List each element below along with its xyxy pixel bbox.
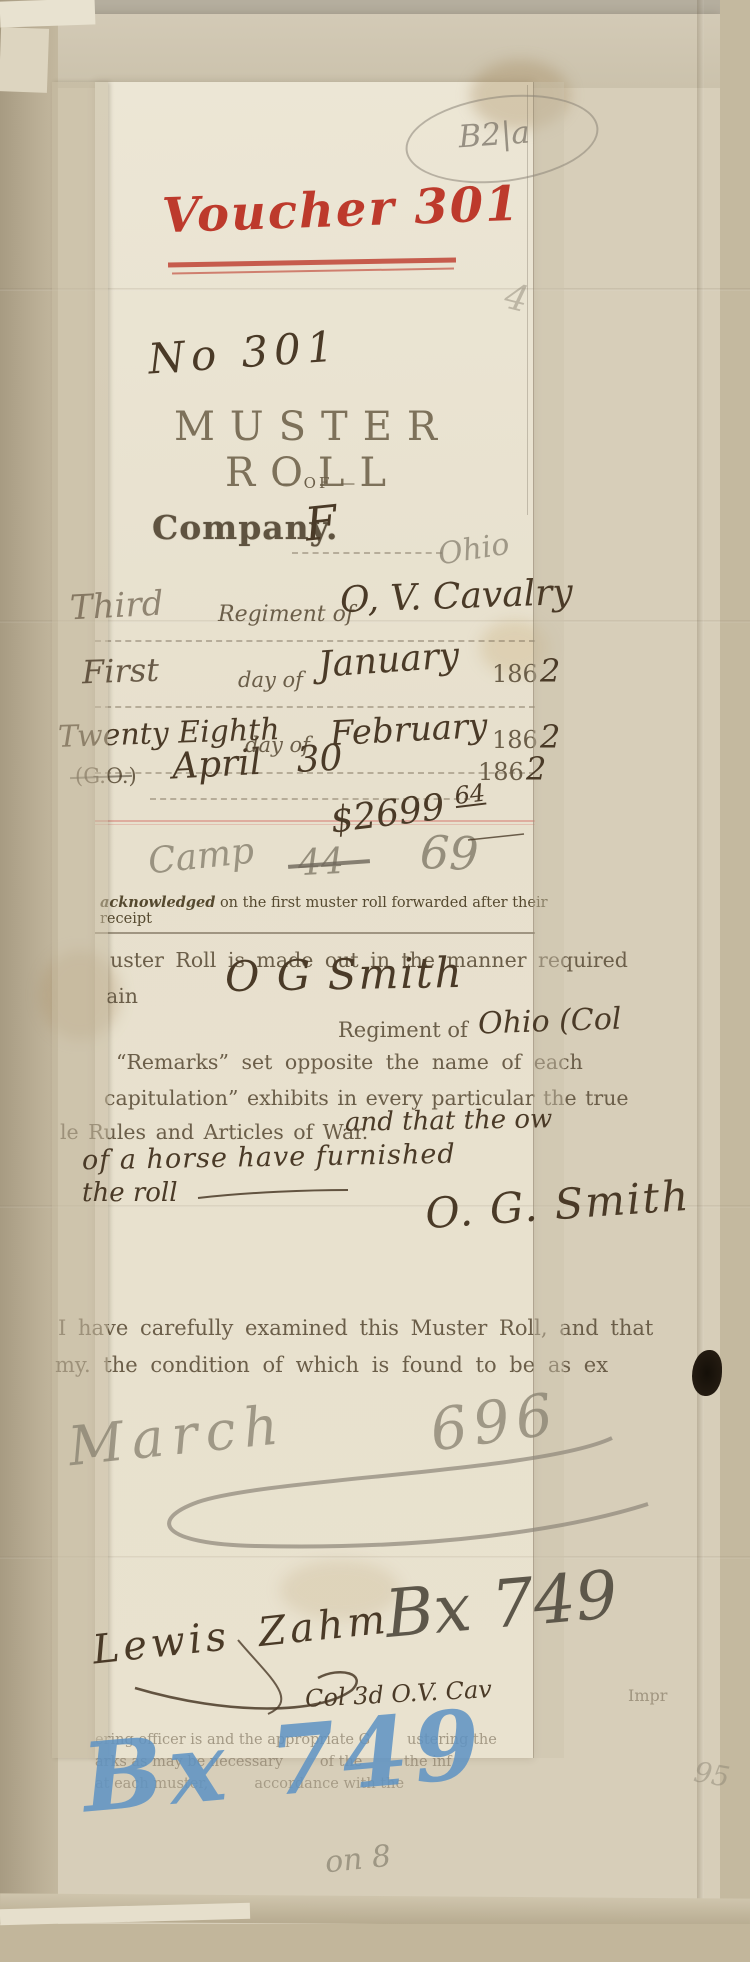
from-year-digit: 2 [540, 652, 560, 690]
crease-4 [0, 1556, 750, 1559]
vertical-fold-right [697, 0, 704, 1962]
inspector-fragment: Impr [628, 1686, 667, 1705]
cert1-line2: ain [106, 984, 138, 1008]
edge-number: 95 [691, 1755, 732, 1794]
go-year-digit: 2 [526, 750, 546, 788]
cert1-line3: “Remarks” set opposite the name of each [116, 1050, 583, 1074]
muster-roll-scan: MUSTER ROLL — OF — Company. Regiment of … [0, 0, 750, 1962]
right-fold-overlay [533, 82, 564, 1758]
left-fold-overlay [52, 82, 108, 1758]
company-fill-line [292, 552, 442, 554]
acknowledgment-line: acknowledged on the first muster roll fo… [100, 894, 580, 927]
cert1-regiment-value: Ohio (Col [477, 1002, 622, 1042]
top-band [0, 14, 750, 88]
from-year-printed: 186 [492, 660, 538, 688]
scan-top-strip [0, 0, 750, 14]
go-year-printed: 186 [478, 758, 524, 786]
regiment-label: Regiment of [218, 602, 354, 627]
right-wrap-band [720, 0, 750, 1962]
to-month: February [329, 706, 488, 754]
company-value: F [302, 494, 339, 551]
cert1-note3: the roll [82, 1178, 178, 1208]
of-label: — OF — [88, 474, 548, 492]
paper-corner-top-left-2 [0, 27, 49, 93]
on-note: on 8 [323, 1839, 392, 1881]
acknowledgment-word: acknowledged [100, 894, 215, 911]
regiment-value: O, V. Cavalry [339, 572, 573, 621]
paper-corner-top-left-1 [0, 0, 95, 28]
cert1-note1: and that the ow [345, 1104, 553, 1138]
cert1-inline-signature: O G Smith [225, 948, 464, 1001]
crease-1 [0, 288, 750, 291]
regiment-fill-line [95, 640, 535, 642]
camp-number: 69 [419, 825, 479, 881]
bottom-band [0, 1924, 750, 1962]
oval-stamp-text: B2|a [457, 114, 531, 155]
cert2-line1: I have carefully examined this Muster Ro… [58, 1316, 653, 1340]
cert1-note2: of a horse have furnished [82, 1139, 456, 1177]
cert2-line2: my. the condition of which is found to b… [55, 1353, 608, 1377]
certificate-rule [95, 932, 535, 934]
from-day: First [81, 651, 159, 692]
from-day-of-label: day of [238, 668, 303, 692]
cert1-regiment-label: Regiment of [338, 1018, 468, 1042]
amount-cents: 64 [453, 779, 487, 811]
regiment-ordinal: Third [69, 584, 164, 629]
